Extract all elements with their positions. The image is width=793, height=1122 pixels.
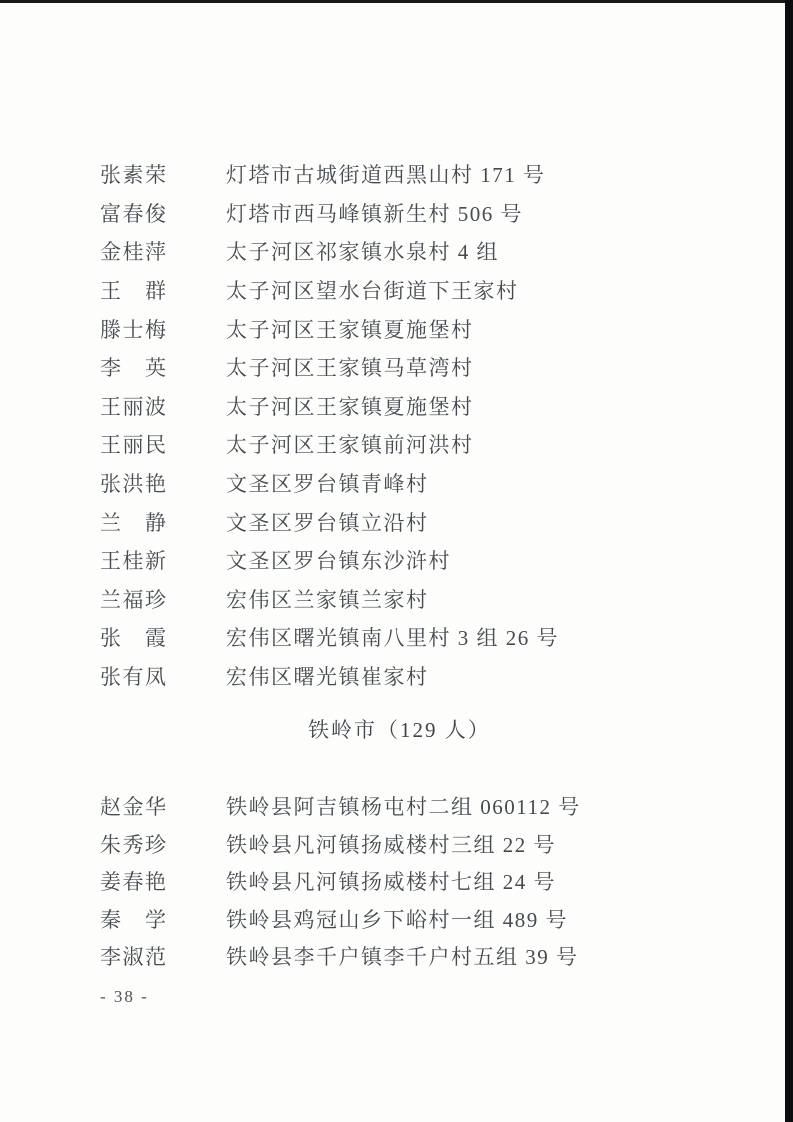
person-name: 王 群 [100,275,226,305]
person-address: 宏伟区兰家镇兰家村 [226,584,773,614]
person-address: 太子河区王家镇夏施堡村 [226,391,773,421]
person-address: 灯塔市古城街道西黑山村 171 号 [226,159,773,189]
roster-row: 王 群 太子河区望水台街道下王家村 [100,271,773,310]
person-name: 滕士梅 [100,314,226,344]
roster-row: 富春俊 灯塔市西马峰镇新生村 506 号 [100,194,773,233]
person-address: 文圣区罗台镇立沿村 [226,507,773,537]
roster-row: 滕士梅 太子河区王家镇夏施堡村 [100,309,773,348]
person-name: 张有凤 [100,661,226,691]
person-address: 铁岭县鸡冠山乡下峪村一组 489 号 [226,904,773,934]
person-name: 赵金华 [100,791,226,821]
roster-row: 张有凤 宏伟区曙光镇崔家村 [100,657,773,696]
roster-row: 秦 学 铁岭县鸡冠山乡下峪村一组 489 号 [100,900,773,938]
person-address: 宏伟区曙光镇南八里村 3 组 26 号 [226,622,773,652]
roster-row: 张洪艳 文圣区罗台镇青峰村 [100,464,773,503]
scanned-document-page: 张素荣 灯塔市古城街道西黑山村 171 号 富春俊 灯塔市西马峰镇新生村 506… [0,0,793,1122]
person-address: 太子河区王家镇夏施堡村 [226,314,773,344]
person-name: 兰 静 [100,507,226,537]
roster-row: 张 霞 宏伟区曙光镇南八里村 3 组 26 号 [100,618,773,657]
person-address: 铁岭县李千户镇李千户村五组 39 号 [226,941,773,971]
roster-row: 李 英 太子河区王家镇马草湾村 [100,348,773,387]
page-content: 张素荣 灯塔市古城街道西黑山村 171 号 富春俊 灯塔市西马峰镇新生村 506… [0,0,793,1122]
person-name: 姜春艳 [100,866,226,896]
person-name: 张素荣 [100,159,226,189]
person-name: 王丽民 [100,429,226,459]
person-address: 太子河区望水台街道下王家村 [226,275,773,305]
person-address: 铁岭县凡河镇扬威楼村七组 24 号 [226,866,773,896]
roster-row: 姜春艳 铁岭县凡河镇扬威楼村七组 24 号 [100,862,773,900]
roster-row: 兰 静 文圣区罗台镇立沿村 [100,502,773,541]
person-name: 李淑范 [100,941,226,971]
person-name: 张洪艳 [100,468,226,498]
person-address: 铁岭县阿吉镇杨屯村二组 060112 号 [226,791,773,821]
person-address: 灯塔市西马峰镇新生村 506 号 [226,198,773,228]
person-name: 秦 学 [100,904,226,934]
person-name: 朱秀珍 [100,829,226,859]
roster-row: 王丽波 太子河区王家镇夏施堡村 [100,387,773,426]
person-address: 文圣区罗台镇东沙浒村 [226,545,773,575]
roster-block-liaoyang: 张素荣 灯塔市古城街道西黑山村 171 号 富春俊 灯塔市西马峰镇新生村 506… [100,155,773,695]
page-number: - 38 - [100,987,773,1007]
person-address: 文圣区罗台镇青峰村 [226,468,773,498]
roster-row: 王桂新 文圣区罗台镇东沙浒村 [100,541,773,580]
person-name: 张 霞 [100,622,226,652]
roster-row: 李淑范 铁岭县李千户镇李千户村五组 39 号 [100,937,773,975]
person-address: 铁岭县凡河镇扬威楼村三组 22 号 [226,829,773,859]
city-section-heading: 铁岭市（129 人） [308,715,773,745]
roster-row: 兰福珍 宏伟区兰家镇兰家村 [100,580,773,619]
person-name: 李 英 [100,352,226,382]
person-name: 兰福珍 [100,584,226,614]
roster-block-tieling: 赵金华 铁岭县阿吉镇杨屯村二组 060112 号 朱秀珍 铁岭县凡河镇扬威楼村三… [100,787,773,975]
person-name: 王桂新 [100,545,226,575]
roster-row: 金桂萍 太子河区祁家镇水泉村 4 组 [100,232,773,271]
person-name: 王丽波 [100,391,226,421]
person-address: 太子河区王家镇前河洪村 [226,429,773,459]
person-name: 富春俊 [100,198,226,228]
person-address: 宏伟区曙光镇崔家村 [226,661,773,691]
person-address: 太子河区祁家镇水泉村 4 组 [226,236,773,266]
person-name: 金桂萍 [100,236,226,266]
roster-row: 赵金华 铁岭县阿吉镇杨屯村二组 060112 号 [100,787,773,825]
person-address: 太子河区王家镇马草湾村 [226,352,773,382]
roster-row: 王丽民 太子河区王家镇前河洪村 [100,425,773,464]
roster-row: 张素荣 灯塔市古城街道西黑山村 171 号 [100,155,773,194]
roster-row: 朱秀珍 铁岭县凡河镇扬威楼村三组 22 号 [100,825,773,863]
